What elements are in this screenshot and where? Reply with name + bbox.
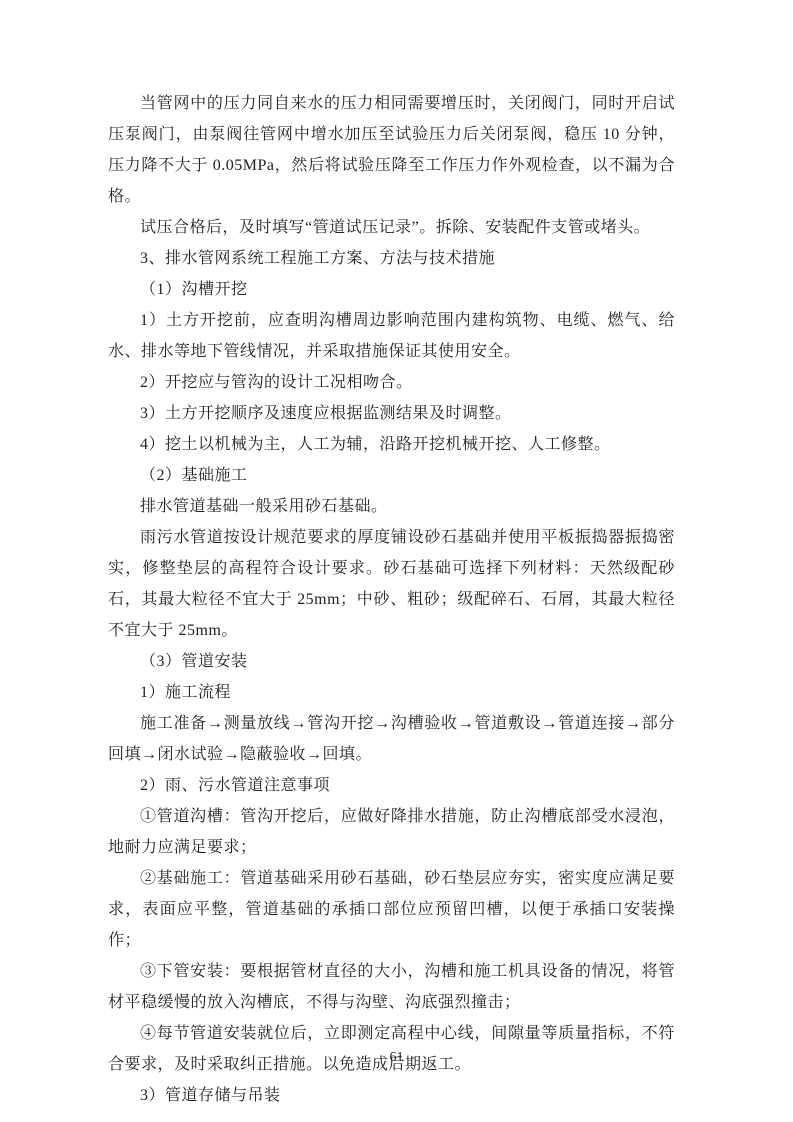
- document-page: 当管网中的压力同自来水的压力相同需要增压时，关闭阀门，同时开启试压泵阀门，由泵阀…: [0, 0, 793, 1122]
- page-number: 61: [390, 1050, 404, 1065]
- para-note-2-foundation: ②基础施工：管道基础采用砂石基础，砂石垫层应夯实，密实度应满足要求，表面应平整，…: [108, 863, 675, 956]
- document-body: 当管网中的压力同自来水的压力相同需要增压时，关闭阀门，同时开启试压泵阀门，由泵阀…: [108, 88, 675, 1111]
- para-pressure-test-record: 试压合格后，及时填写“管道试压记录”。拆除、安装配件支管或堵头。: [108, 212, 675, 243]
- para-foundation-general: 排水管道基础一般采用砂石基础。: [108, 491, 675, 522]
- para-excavation-survey: 1）土方开挖前，应查明沟槽周边影响范围内建构筑物、电缆、燃气、给水、排水等地下管…: [108, 305, 675, 367]
- heading-trench-excavation: （1）沟槽开挖: [108, 274, 675, 305]
- heading-foundation-construction: （2）基础施工: [108, 460, 675, 491]
- para-note-1-trench: ①管道沟槽：管沟开挖后，应做好降排水措施，防止沟槽底部受水浸泡，地耐力应满足要求…: [108, 801, 675, 863]
- heading-drainage-system-scheme: 3、排水管网系统工程施工方案、方法与技术措施: [108, 243, 675, 274]
- para-excavation-sequence: 3）土方开挖顺序及速度应根据监测结果及时调整。: [108, 398, 675, 429]
- para-construction-flow: 施工准备→测量放线→管沟开挖→沟槽验收→管道敷设→管道连接→部分回填→闭水试验→…: [108, 708, 675, 770]
- heading-pipe-notes: 2）雨、污水管道注意事项: [108, 770, 675, 801]
- para-excavation-method: 4）挖土以机械为主，人工为辅，沿路开挖机械开挖、人工修整。: [108, 429, 675, 460]
- para-pressure-test-procedure: 当管网中的压力同自来水的压力相同需要增压时，关闭阀门，同时开启试压泵阀门，由泵阀…: [108, 88, 675, 212]
- para-excavation-design-match: 2）开挖应与管沟的设计工况相吻合。: [108, 367, 675, 398]
- page-footer: 61: [0, 1048, 793, 1066]
- para-note-3-pipe-lowering: ③下管安装：要根据管材直径的大小，沟槽和施工机具设备的情况，将管材平稳缓慢的放入…: [108, 956, 675, 1018]
- para-foundation-materials: 雨污水管道按设计规范要求的厚度铺设砂石基础并使用平板振捣器振捣密实，修整垫层的高…: [108, 522, 675, 646]
- heading-pipe-storage-hoisting: 3）管道存储与吊装: [108, 1080, 675, 1111]
- heading-construction-process: 1）施工流程: [108, 677, 675, 708]
- heading-pipe-installation: （3）管道安装: [108, 646, 675, 677]
